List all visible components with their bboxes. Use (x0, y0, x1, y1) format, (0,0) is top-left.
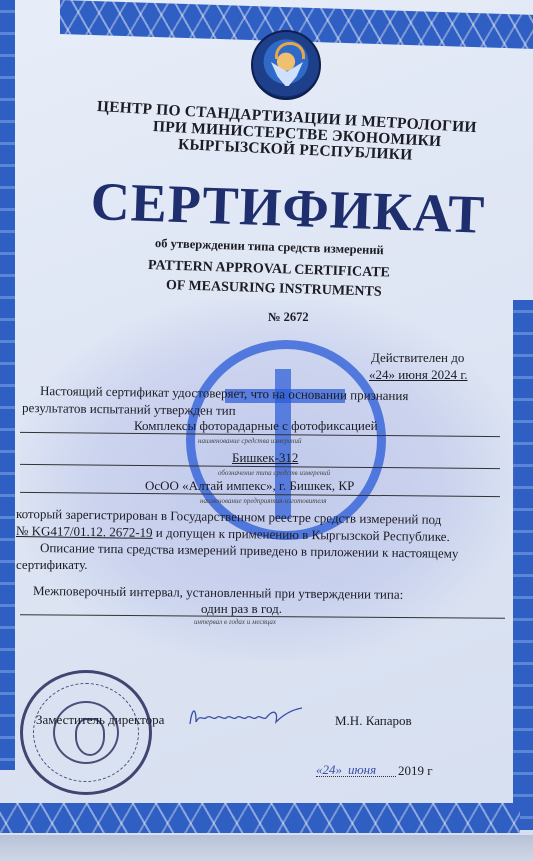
signature-date-year: 2019 г (398, 763, 433, 779)
description-line2: сертификату. (16, 557, 88, 573)
ornamental-border-bottom (0, 803, 520, 833)
validity-date: «24» июня 2024 г. (369, 367, 467, 383)
interval-caption: интервал в годах и месяцах (194, 618, 276, 626)
handwritten-signature (186, 704, 306, 728)
instrument-type-caption: обозначение типа средств измерений (218, 469, 330, 477)
manufacturer-caption: наименование предприятия-изготовителя (200, 497, 327, 505)
official-seal-stamp (20, 670, 152, 795)
instrument-type: Бишкек-312 (232, 450, 298, 466)
certificate-number: № 2672 (268, 310, 309, 325)
manufacturer: ОсОО «Алтай импекс», г. Бишкек, КР (145, 478, 354, 494)
signatory-role: Заместитель директора (36, 712, 164, 728)
ornamental-border-right (513, 300, 533, 830)
kyrgyz-state-emblem-icon (251, 30, 321, 100)
signatory-name: М.Н. Капаров (335, 713, 412, 729)
registry-number: № KG417/01.12. 2672-19 (16, 523, 153, 540)
date-dotted-line (316, 776, 396, 778)
interval-value: один раз в год. (201, 601, 282, 617)
validity-label: Действителен до (371, 350, 464, 366)
intro-line2: результатов испытаний утвержден тип (22, 400, 236, 419)
ornamental-border-left (0, 0, 15, 770)
registered-line2-rest: и допущен к применению в Кыргызской Респ… (153, 525, 450, 544)
instrument-name-caption: наименование средства измерений (198, 437, 302, 445)
instrument-name: Комплексы фоторадарные с фотофиксацией (134, 418, 378, 434)
table-surface (0, 835, 533, 861)
